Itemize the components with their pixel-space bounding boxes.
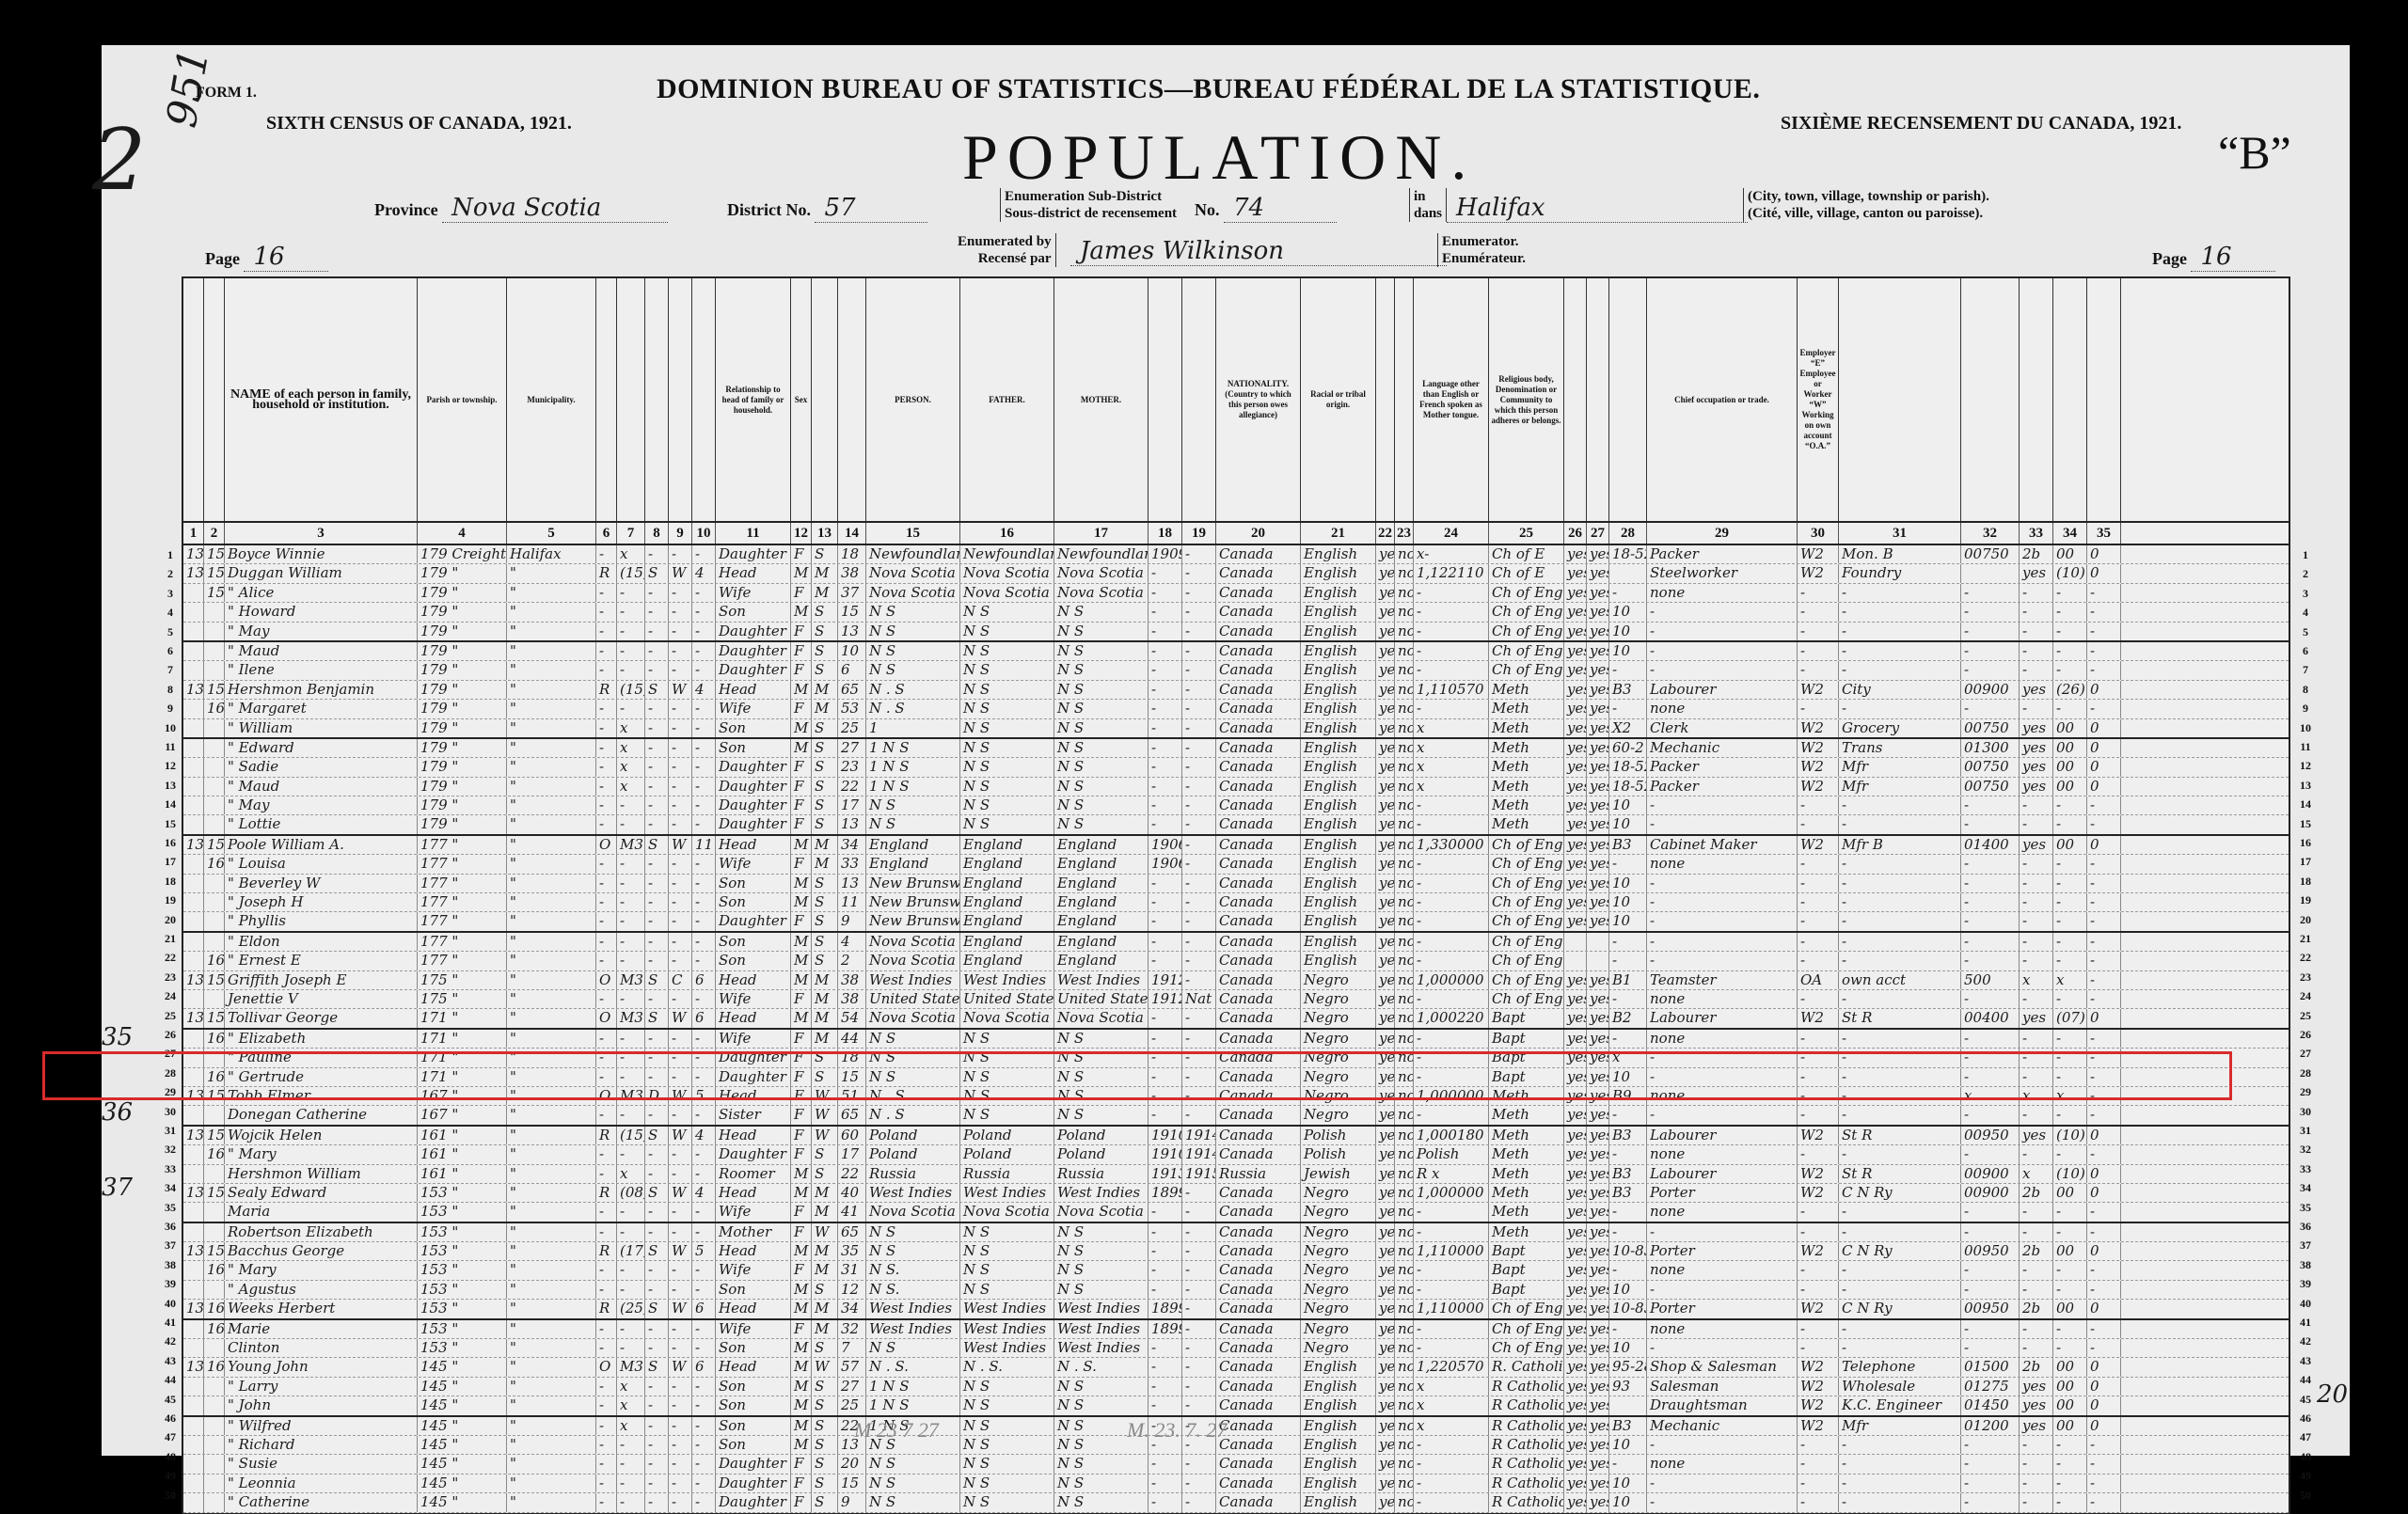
cell-imm: - [1149,739,1182,757]
cell-name: Tollivar George [225,1009,418,1027]
cell-c33: - [2020,623,2053,640]
cell-c33: yes [2020,1009,2053,1027]
cell-muni: " [507,584,596,602]
cell-nat: Canada [1216,642,1301,660]
cell-fr: no [1395,1378,1414,1396]
cell-relig: R Catholic [1489,1436,1564,1454]
cell-fam [204,875,225,892]
cell-c35: - [2087,912,2121,930]
cell-dw [183,642,204,660]
cell-eng: yes [1376,1087,1395,1105]
cell-c33: x [2020,971,2053,989]
cell-earn: - [1961,1493,2020,1511]
cell-rel: Daughter [716,1068,791,1086]
cell-emp: - [1798,1203,1839,1221]
cell-ms: S [812,623,838,640]
cell-read: yes [1564,603,1587,621]
cell-c6: - [596,1165,617,1183]
cell-ms: W [812,1358,838,1376]
cell-sex: F [791,1455,812,1473]
cell-c33: - [2020,1049,2053,1066]
line-number: 45 [159,1393,182,1407]
cell-write: yes [1587,1261,1609,1279]
cell-c33: yes [2020,1417,2053,1435]
column-header [2087,278,2121,521]
cell-read: yes [1564,1184,1587,1202]
cell-rel: Daughter [716,1475,791,1492]
cell-relig: Ch of Eng [1489,971,1564,989]
cell-c7: - [617,1203,645,1221]
cell-c10: 6 [692,1009,716,1027]
line-number: 38 [2294,1258,2317,1272]
cell-c8: - [645,1417,669,1435]
cell-c7: - [617,1223,645,1241]
line-number: 34 [159,1181,182,1195]
line-number: 14 [159,797,182,812]
cell-where: - [1839,1475,1961,1492]
cell-dw [183,584,204,602]
line-number: 37 [2294,1238,2317,1253]
column-number: 5 [507,523,596,544]
column-header: NATIONALITY. (Country to which this pers… [1216,278,1301,521]
cell-c7: - [617,1493,645,1511]
line-number: 38 [159,1258,182,1272]
cell-c33: x [2020,1165,2053,1183]
cell-c9: - [669,603,692,621]
cell-eng: yes [1376,1281,1395,1299]
table-row: " May179 ""-----DaughterFS13N SN SN S--C… [183,623,2289,642]
cell-mpob: N S [1054,1396,1149,1414]
cell-c35: - [2087,700,2121,718]
cell-name: " Agustus [225,1281,418,1299]
cell-race: English [1301,564,1376,582]
cell-nat: Canada [1216,1145,1301,1163]
cell-write: yes [1587,1396,1609,1414]
cell-months: 10 [1609,1475,1647,1492]
cell-c8: - [645,545,669,563]
cell-dw [183,1396,204,1414]
cell-sex: M [791,564,812,582]
cell-tongue: - [1414,1455,1489,1473]
table-row: " Eldon177 ""-----SonMS4Nova ScotiaEngla… [183,933,2289,952]
cell-occ: Shop & Salesman [1647,1358,1798,1376]
cell-fam: 159 [204,1242,225,1260]
cell-race: English [1301,912,1376,930]
cell-earn: 01300 [1961,739,2020,757]
cell-tongue: - [1414,623,1489,640]
cell-c35: 0 [2087,778,2121,796]
cell-race: Negro [1301,1184,1376,1202]
line-number: 30 [159,1105,182,1119]
line-number: 50 [159,1489,182,1503]
cell-no_street: 145 " [418,1396,507,1414]
cell-nat_yr: - [1182,971,1216,989]
cell-nat_yr: - [1182,1203,1216,1221]
cell-c6: - [596,1320,617,1338]
cell-eng: yes [1376,739,1395,757]
cell-nat_yr: - [1182,855,1216,873]
cell-c8: S [645,681,669,699]
cell-relig: R Catholic [1489,1417,1564,1435]
cell-race: English [1301,661,1376,679]
cell-emp: - [1798,1030,1839,1048]
cell-emp: - [1798,603,1839,621]
cell-nat: Canada [1216,758,1301,776]
cell-muni: " [507,778,596,796]
column-number: 22 [1376,523,1395,544]
cell-mpob: N S [1054,1475,1149,1492]
cell-muni: " [507,758,596,776]
cell-age: 38 [838,564,866,582]
cell-c8: S [645,1300,669,1317]
cell-earn: - [1961,700,2020,718]
cell-muni: " [507,1378,596,1396]
cell-imm: 1899 [1149,1300,1182,1317]
cell-emp: W2 [1798,545,1839,563]
cell-write: yes [1587,758,1609,776]
cell-emp: - [1798,952,1839,970]
enumerator-field: James Wilkinson [1070,237,1447,266]
cell-c35: - [2087,933,2121,951]
cell-eng: yes [1376,875,1395,892]
line-number: 14 [2294,797,2317,812]
cell-tongue: - [1414,990,1489,1008]
cell-pob: Nova Scotia [866,1203,960,1221]
cell-tongue: - [1414,1261,1489,1279]
cell-name: Maria [225,1203,418,1221]
cell-c35: - [2087,796,2121,814]
column-number: 2 [204,523,225,544]
cell-nat: Canada [1216,855,1301,873]
cell-age: 7 [838,1339,866,1357]
cell-sex: F [791,1049,812,1066]
cell-where: Trans [1839,739,1961,757]
census-table: NAME of each person in family, household… [182,276,2290,1514]
cell-rel: Head [716,1184,791,1202]
cell-eng: yes [1376,1339,1395,1357]
cell-read [1564,952,1587,970]
cell-fr: no [1395,1436,1414,1454]
cell-c33: 2b [2020,1300,2053,1317]
cell-mpob: Nova Scotia [1054,584,1149,602]
cell-emp: - [1798,700,1839,718]
cell-c6: - [596,952,617,970]
cell-mpob: N S [1054,603,1149,621]
cell-months: 10 [1609,912,1647,930]
cell-mpob: N S [1054,739,1149,757]
line-number: 34 [2294,1181,2317,1195]
cell-where: - [1839,855,1961,873]
cell-earn: 01200 [1961,1417,2020,1435]
table-row: 162" Ernest E177 ""-----SonMS2Nova Scoti… [183,952,2289,970]
cell-write: yes [1587,603,1609,621]
column-number: 27 [1587,523,1609,544]
cell-c9: - [669,1320,692,1338]
cell-ms: M [812,584,838,602]
cell-emp: W2 [1798,836,1839,854]
cell-relig: Ch of Eng [1489,642,1564,660]
column-header: PERSON. [866,278,960,521]
cell-write: yes [1587,1068,1609,1086]
cell-muni: " [507,603,596,621]
cell-where: - [1839,1493,1961,1511]
cell-tongue: x [1414,1396,1489,1414]
cell-mpob: N S [1054,1281,1149,1299]
column-number: 21 [1301,523,1376,544]
cell-write: yes [1587,1281,1609,1299]
cell-c6: - [596,758,617,776]
cell-nat: Canada [1216,1261,1301,1279]
cell-earn: - [1961,623,2020,640]
cell-no_street: 177 " [418,893,507,911]
cell-tongue: - [1414,1493,1489,1511]
line-number: 3 [159,587,182,601]
cell-age: 13 [838,623,866,640]
cell-pob: 1 N S [866,758,960,776]
cell-mpob: England [1054,855,1149,873]
column-number: 28 [1609,523,1647,544]
cell-pob: Russia [866,1165,960,1183]
line-number: 30 [2294,1105,2317,1119]
cell-c35: - [2087,1320,2121,1338]
cell-relig: Ch of Eng [1489,584,1564,602]
cell-emp: W2 [1798,1127,1839,1144]
cell-ms: M [812,681,838,699]
cell-ms: S [812,1396,838,1414]
cell-where: Foundry [1839,564,1961,582]
line-number: 40 [159,1297,182,1311]
cell-mpob: England [1054,893,1149,911]
cell-imm: - [1149,661,1182,679]
cell-fpob: N S [960,1378,1054,1396]
cell-fpob: England [960,855,1054,873]
cell-rel: Wife [716,1261,791,1279]
cell-name: " Margaret [225,700,418,718]
cell-write: yes [1587,584,1609,602]
cell-where: C N Ry [1839,1242,1961,1260]
cell-fr: no [1395,1358,1414,1376]
cell-c35: - [2087,1281,2121,1299]
cell-c10: 6 [692,971,716,989]
subdistrict-value: 74 [1224,194,1337,223]
cell-mpob: England [1054,952,1149,970]
cell-earn: - [1961,990,2020,1008]
cell-read: yes [1564,893,1587,911]
cell-write: yes [1587,971,1609,989]
cell-ms: S [812,603,838,621]
cell-c33: - [2020,1106,2053,1124]
cell-imm: - [1149,1068,1182,1086]
cell-c7: x [617,778,645,796]
cell-sex: M [791,719,812,737]
cell-age: 34 [838,836,866,854]
cell-nat_yr: - [1182,1087,1216,1105]
cell-ms: M [812,1320,838,1338]
cell-c8: S [645,1009,669,1027]
cell-age: 51 [838,1087,866,1105]
cell-fpob: N S [960,758,1054,776]
cell-months: 18-52 [1609,778,1647,796]
cell-name: " Louisa [225,855,418,873]
column-header: Chief occupation or trade. [1647,278,1798,521]
line-number: 24 [2294,989,2317,1003]
cell-c35: - [2087,1049,2121,1066]
cell-age: 11 [838,893,866,911]
cell-age: 6 [838,661,866,679]
cell-months: B3 [1609,1127,1647,1144]
cell-occ: none [1647,1145,1798,1163]
line-number: 25 [159,1009,182,1023]
cell-no_street: 177 " [418,855,507,873]
cell-c8: - [645,912,669,930]
cell-sex: M [791,1184,812,1202]
cell-ms: S [812,875,838,892]
cell-fpob: England [960,912,1054,930]
cell-imm: - [1149,893,1182,911]
cell-fam: 154 [204,971,225,989]
column-number: 26 [1564,523,1587,544]
cell-no_street: 145 " [418,1475,507,1492]
cell-dw [183,952,204,970]
cell-nat: Canada [1216,1106,1301,1124]
cell-dw: 131 [183,836,204,854]
cell-earn: 01400 [1961,836,2020,854]
cell-c6: - [596,990,617,1008]
cell-fr: no [1395,912,1414,930]
schedule-letter: “B” [2218,125,2291,180]
cell-mpob: England [1054,875,1149,892]
cell-mpob: N S [1054,1455,1149,1473]
cell-rel: Head [716,836,791,854]
cell-c33: yes [2020,564,2053,582]
line-number: 19 [2294,893,2317,907]
cell-c7: - [617,1261,645,1279]
cell-no_street: 175 " [418,990,507,1008]
cell-c6: R [596,1242,617,1260]
cell-c34: - [2053,893,2087,911]
column-number: 1 [183,523,204,544]
cell-ms: M [812,1184,838,1202]
cell-occ: Packer [1647,545,1798,563]
cell-occ: - [1647,1493,1798,1511]
cell-relig: Bapt [1489,1261,1564,1279]
cell-mpob: N S [1054,623,1149,640]
cell-mpob: N S [1054,1106,1149,1124]
line-number: 21 [2294,932,2317,946]
cell-relig: R Catholic [1489,1396,1564,1414]
cell-eng: yes [1376,1455,1395,1473]
cell-muni: " [507,681,596,699]
cell-nat: Canada [1216,1049,1301,1066]
table-row: 164" Gertrude171 ""-----DaughterFS15N SN… [183,1068,2289,1087]
cell-occ: - [1647,1049,1798,1066]
cell-c7: x [617,1396,645,1414]
cell-eng: yes [1376,893,1395,911]
line-number: 27 [159,1047,182,1061]
column-number: 11 [716,523,791,544]
cell-months: 10-83 [1609,1300,1647,1317]
cell-sex: F [791,1493,812,1511]
cell-fpob: N S [960,1242,1054,1260]
table-row: 137161Young John145 ""OM3SW6HeadMW57N . … [183,1358,2289,1377]
cell-c6: O [596,836,617,854]
cell-c7: (25) [617,1300,645,1317]
cell-fr: no [1395,796,1414,814]
cell-nat: Canada [1216,836,1301,854]
cell-fr: no [1395,1165,1414,1183]
cell-rel: Wife [716,990,791,1008]
cell-name: " Alice [225,584,418,602]
cell-tongue: 1,000000 [1414,1087,1489,1105]
cell-c34: x [2053,1087,2087,1105]
cell-nat_yr: - [1182,603,1216,621]
line-number: 23 [159,970,182,985]
cell-fpob: N S [960,1281,1054,1299]
cell-c8: S [645,971,669,989]
cell-pob: Nova Scotia [866,1009,960,1027]
cell-emp: - [1798,796,1839,814]
line-number: 26 [2294,1028,2317,1042]
cell-months: - [1609,1106,1647,1124]
cell-read: yes [1564,778,1587,796]
cell-race: English [1301,719,1376,737]
cell-tongue: 1,000000 [1414,1184,1489,1202]
line-number: 27 [2294,1047,2317,1061]
cell-emp: - [1798,1475,1839,1492]
cell-fr: no [1395,603,1414,621]
cell-pob: N . S [866,1106,960,1124]
cell-c34: - [2053,1339,2087,1357]
margin-total: 20 [2317,1380,2348,1409]
cell-c34: 00 [2053,545,2087,563]
line-number: 16 [2294,836,2317,850]
cell-write: yes [1587,1493,1609,1511]
cell-ms: S [812,545,838,563]
cell-emp: W2 [1798,1396,1839,1414]
cell-dw [183,1145,204,1163]
cell-occ: Labourer [1647,1127,1798,1144]
line-number: 46 [159,1411,182,1426]
cell-fpob: N S [960,681,1054,699]
cell-c34: - [2053,642,2087,660]
cell-read: yes [1564,584,1587,602]
cell-where: - [1839,1145,1961,1163]
column-header [1564,278,1587,521]
cell-read: yes [1564,1281,1587,1299]
cell-c35: - [2087,1087,2121,1105]
cell-c6: - [596,912,617,930]
table-row: " Agustus153 ""-----SonMS12N S.N SN S--C… [183,1281,2289,1300]
cell-occ: none [1647,1203,1798,1221]
cell-c35: - [2087,952,2121,970]
line-number: 26 [159,1028,182,1042]
cell-ms: S [812,1165,838,1183]
column-header: Language other than English or French sp… [1414,278,1489,521]
cell-race: English [1301,933,1376,951]
cell-nat_yr: - [1182,836,1216,854]
cell-occ: Teamster [1647,971,1798,989]
cell-tongue: x [1414,739,1489,757]
cell-months: 10 [1609,642,1647,660]
cell-muni: " [507,893,596,911]
cell-c34: 00 [2053,836,2087,854]
line-number: 3 [2294,587,2317,601]
cell-c34: - [2053,1106,2087,1124]
cell-eng: yes [1376,796,1395,814]
cell-muni: " [507,1396,596,1414]
cell-c34: - [2053,1030,2087,1048]
cell-race: English [1301,1396,1376,1414]
